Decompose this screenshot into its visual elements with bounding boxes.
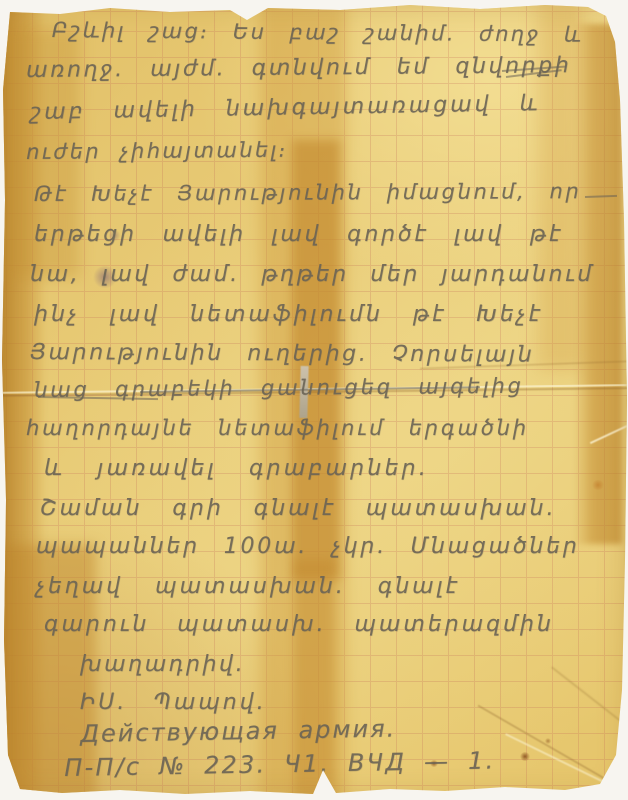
handwriting-line-5: Թէ Խեչէ Յարությունին իմացնում, որ — [34, 179, 581, 206]
handwriting-line-17: խաղադրիվ. — [80, 652, 245, 677]
handwriting-line-13: Շաման գրի գնալէ պատասխան. — [40, 496, 556, 521]
handwriting-line-2: առողջ. այժմ. գտնվում եմ զնվորքի — [26, 53, 571, 83]
handwriting-line-9: Յարությունին ուղերից. Չորսելայն — [30, 340, 534, 368]
handwriting-line-16: գարուն պատասխ. պատերազմին — [44, 612, 554, 637]
handwriting-line-1: Բշևիլ շաց։ Ես բաշ շանիմ. ժողջ և — [52, 18, 584, 47]
handwriting-line-20: П-П/с № 223. Ч1. ВЧД — 1. — [64, 746, 496, 782]
handwriting-line-18: ԻՍ. Պապով. — [80, 690, 267, 715]
handwriting-line-8: ինչ լավ նետաֆիլումն թէ Խեչէ — [34, 302, 543, 327]
handwriting-line-11: հաղորդայնե նետաֆիլում երգածնի — [26, 416, 529, 440]
handwriting-line-12: և յառավել գրաբարներ. — [44, 456, 429, 481]
handwriting-line-7: նա, լավ ժամ. թղթեր մեր յարդանում — [30, 262, 594, 287]
handwriting-line-15: չեղավ պատասխան. գնալէ — [36, 574, 460, 599]
handwriting-line-14: պապաններ 100ա. չկր. Մնացածներ — [36, 534, 580, 559]
handwriting-line-6: երթեցի ավելի լավ գործէ լավ թէ — [34, 222, 563, 247]
scan-background: { "colors": { "background": "#f7f5f0", "… — [0, 0, 628, 800]
handwriting-lines: Բշևիլ շաց։ Ես բաշ շանիմ. ժողջ ևառողջ. այ… — [0, 0, 628, 800]
handwriting-line-4: ուժեր չիհայտանել։ — [26, 138, 288, 164]
pencil-strike-3 — [585, 195, 617, 198]
handwriting-line-19: Действующая армия. — [80, 714, 396, 748]
handwriting-line-3: շաբ ավելի նախգայտառացավ և — [30, 91, 541, 125]
letter-paper: Բշևիլ շաց։ Ես բաշ շանիմ. ժողջ ևառողջ. այ… — [0, 0, 628, 800]
